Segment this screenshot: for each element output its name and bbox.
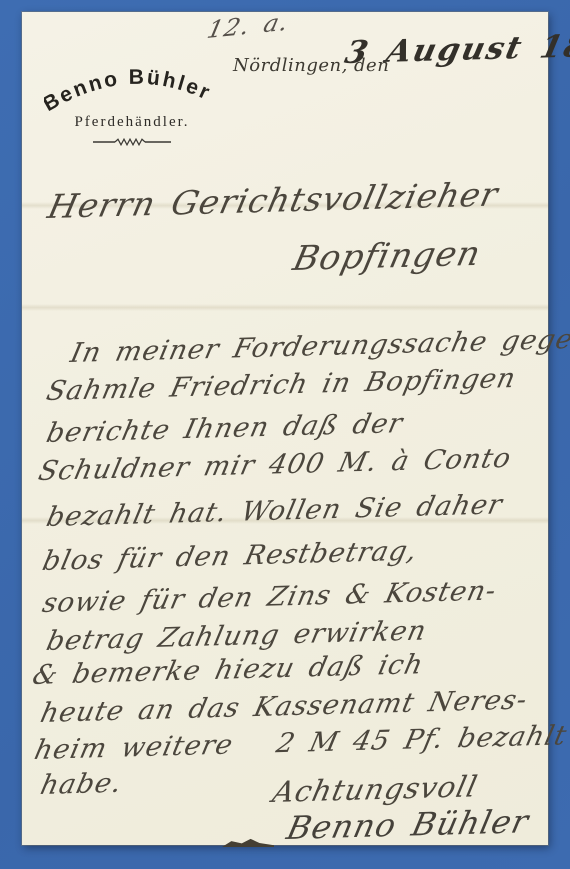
body-line: berichte Ihnen daß der — [44, 410, 406, 447]
archive-number: 12. a. — [205, 10, 291, 42]
letterhead-name: Benno Bühler — [44, 66, 215, 116]
body-line: habe. — [38, 770, 125, 799]
body-line: blos für den Restbetrag, — [40, 538, 420, 575]
body-line: sowie für den Zins & Kosten- — [40, 577, 499, 617]
dateline-handwritten-date: 3 August 1898 — [342, 30, 570, 69]
recipient-line-1: Herrn Gerichtsvollzieher — [45, 178, 502, 223]
letterhead-title: Pferdehändler. — [42, 114, 222, 131]
svg-text:Benno Bühler: Benno Bühler — [44, 66, 215, 116]
body-line: Sahmle Friedrich in Bopfingen — [44, 365, 519, 405]
letterhead: Benno Bühler Pferdehändler. — [42, 54, 222, 147]
recipient-line-2: Bopfingen — [290, 237, 484, 276]
body-line: betrag Zahlung erwirken — [44, 617, 429, 655]
body-line: heim weitere 2 M 45 Pf. bezahlt — [32, 722, 570, 764]
body-line: bezahlt hat. Wollen Sie daher — [44, 491, 505, 531]
body-line: Schuldner mir 400 M. à Conto — [36, 445, 514, 485]
body-line: heute an das Kassenamt Neres- — [38, 687, 530, 727]
body-line: & bemerke hiezu daß ich — [30, 651, 426, 689]
letter-paper: 12. a. Benno Bühler Pferdehändler. Nördl… — [22, 12, 548, 845]
closing-salutation: Achtungsvoll — [270, 772, 480, 807]
scan-background: { "document": { "type": "handwritten-let… — [0, 0, 570, 869]
letterhead-name-arc: Benno Bühler — [44, 54, 220, 122]
paper-crease — [22, 304, 548, 311]
letterhead-rule-flourish — [93, 137, 171, 147]
signature: Benno Bühler — [284, 805, 532, 844]
body-line: In meiner Forderungssache gegen — [68, 326, 570, 367]
paper-tear-mark — [222, 838, 274, 847]
